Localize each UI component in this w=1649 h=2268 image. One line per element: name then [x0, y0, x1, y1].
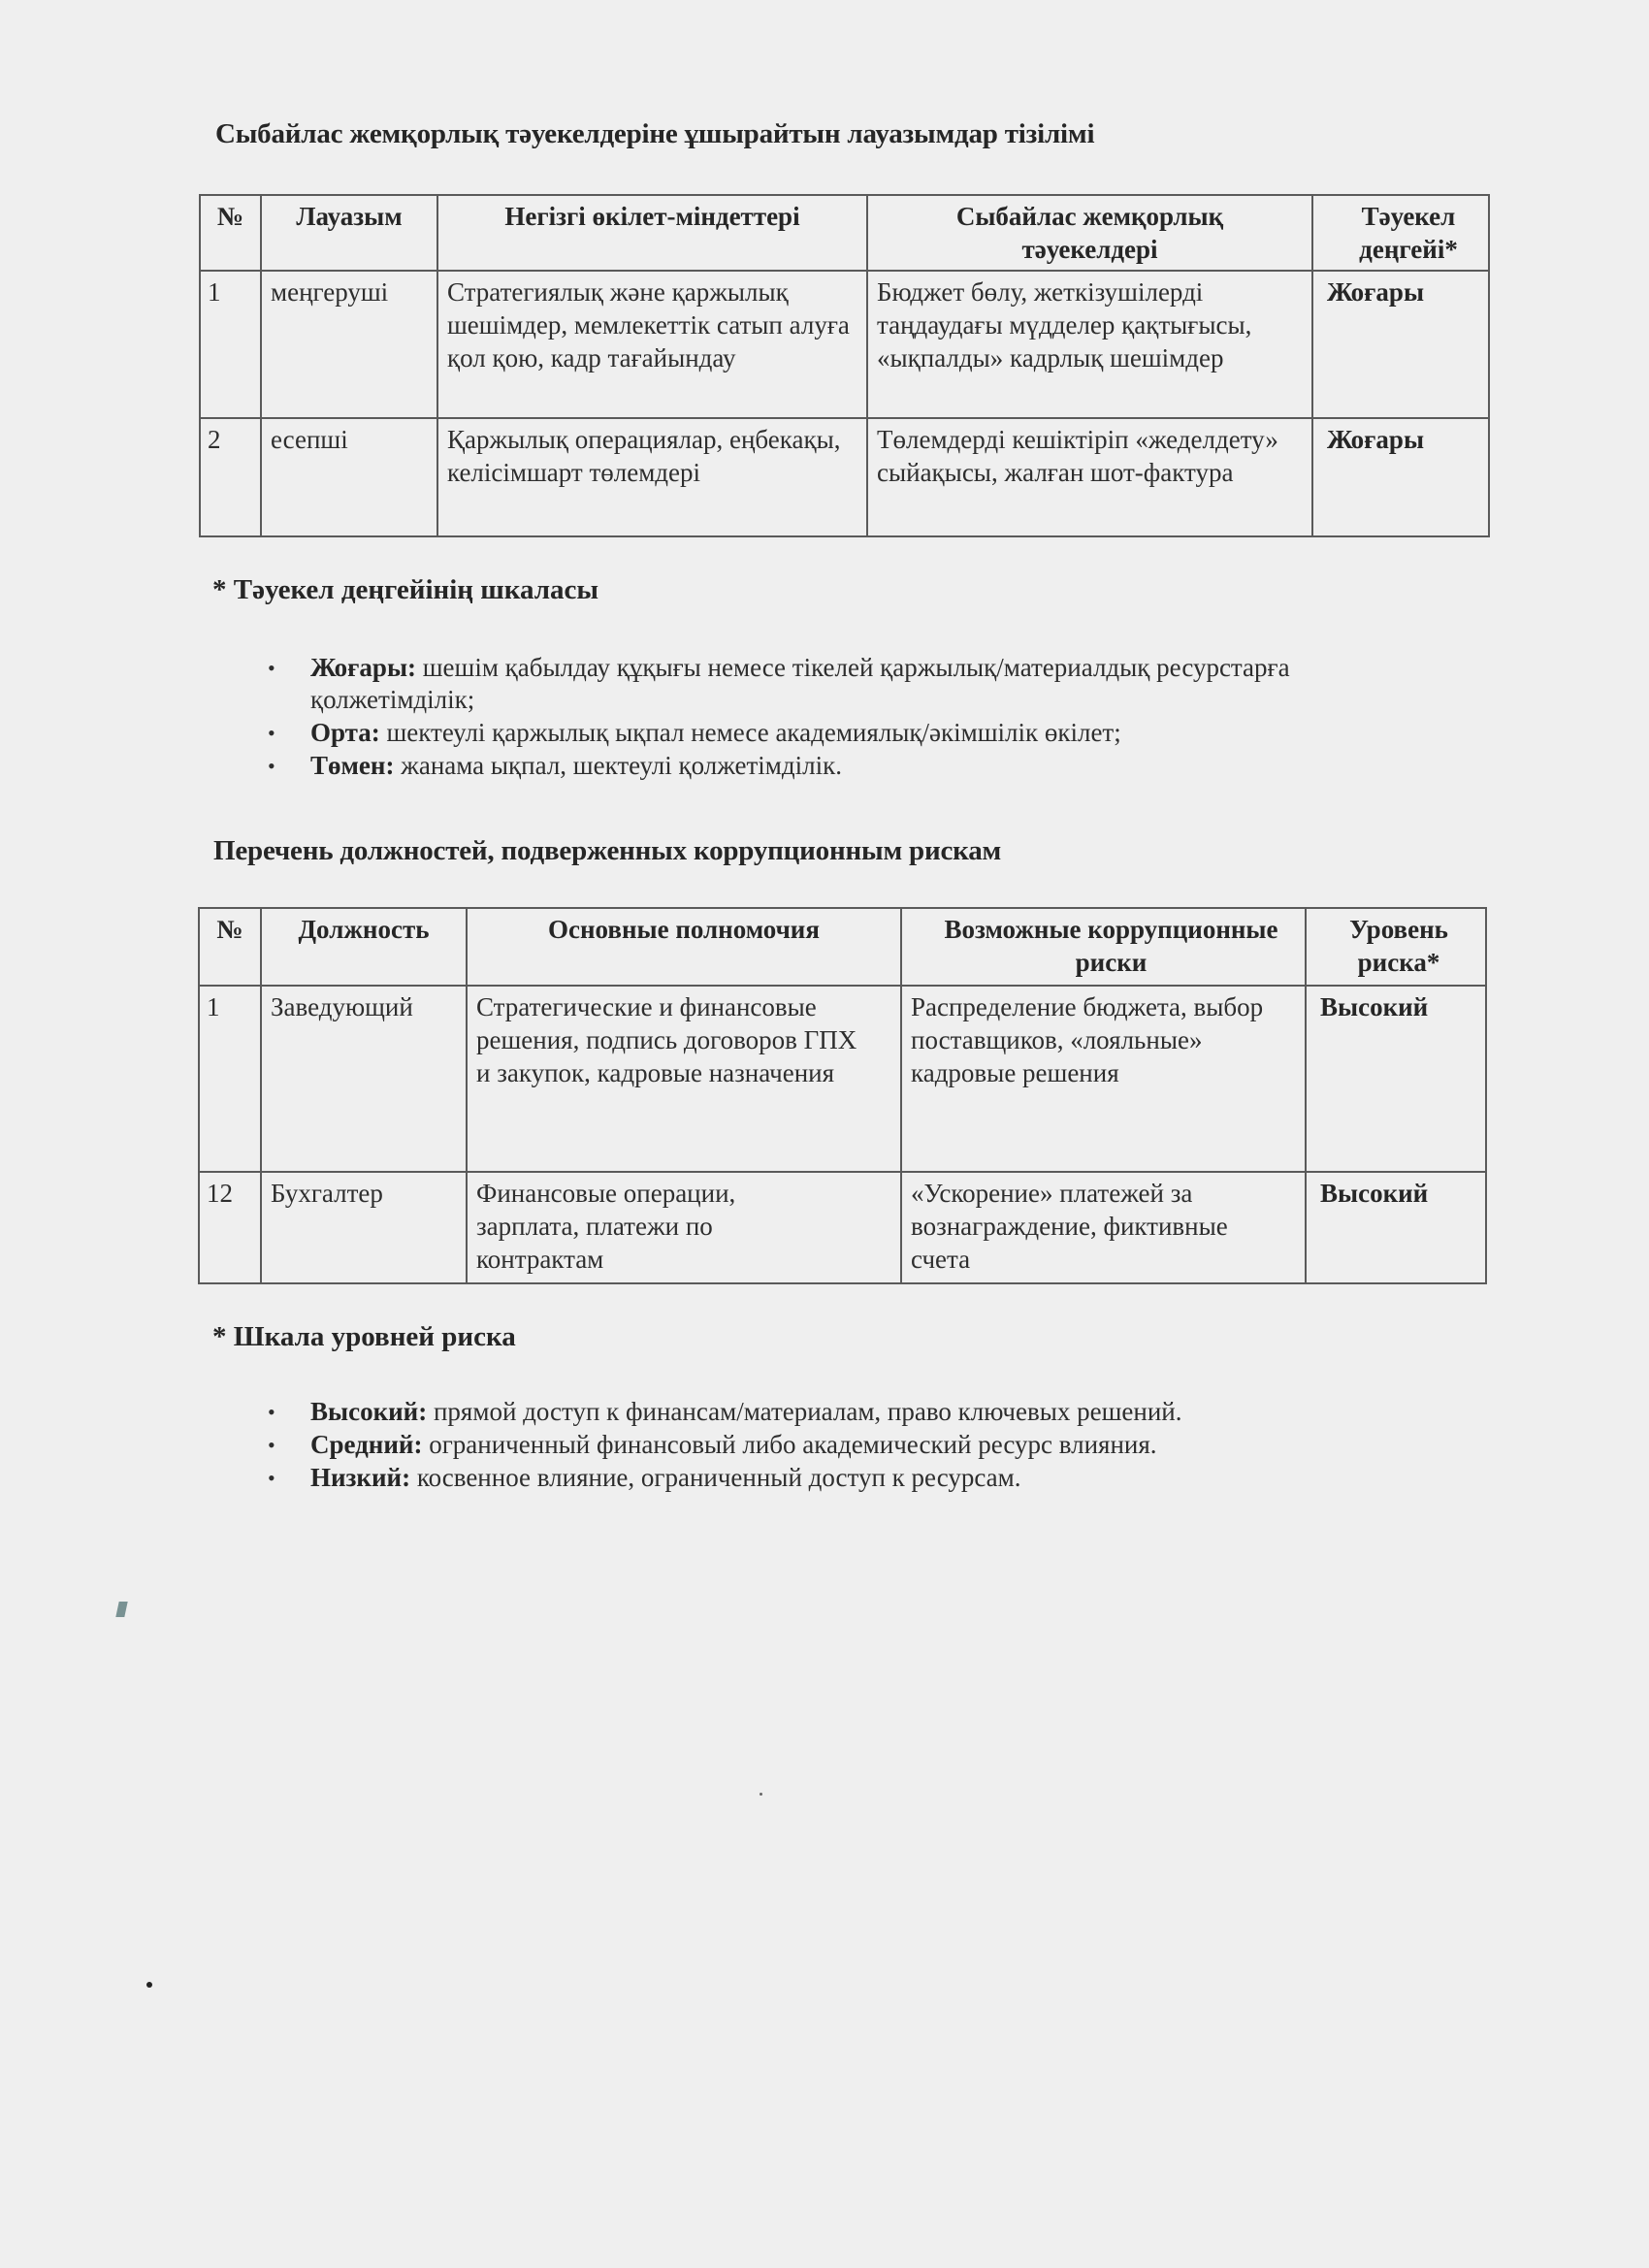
row-number: 1	[199, 986, 261, 1172]
kz-header-number: №	[200, 195, 261, 271]
row-position: Бухгалтер	[261, 1172, 467, 1283]
kz-header-powers: Негізгі өкілет-міндеттері	[437, 195, 867, 271]
list-item: • Жоғары: шешім қабылдау құқығы немесе т…	[260, 652, 1405, 716]
row-number: 12	[199, 1172, 261, 1283]
bullet-icon: •	[260, 1462, 310, 1494]
kz-risk-scale-list: • Жоғары: шешім қабылдау құқығы немесе т…	[260, 652, 1405, 783]
list-item: • Низкий: косвенное влияние, ограниченны…	[260, 1462, 1482, 1494]
kz-risk-scale-title: * Тәуекел деңгейінің шкаласы	[212, 574, 598, 606]
table-row: 1 меңгеруші Стратегиялық және қаржылық ш…	[200, 271, 1489, 418]
row-risks: Распределение бюджета, выбор поставщиков…	[901, 986, 1306, 1172]
row-risk-level: Жоғары	[1312, 271, 1489, 418]
scale-label: Жоғары:	[310, 653, 416, 682]
row-powers: Қаржылық операциялар, еңбекақы, келісімш…	[437, 418, 867, 536]
scale-description: жанама ықпал, шектеулі қолжетімділік.	[394, 751, 842, 780]
scale-description: косвенное влияние, ограниченный доступ к…	[410, 1463, 1020, 1492]
table-row: 1 Заведующий Стратегические и финансовые…	[199, 986, 1486, 1172]
row-risk-level: Жоғары	[1312, 418, 1489, 536]
ru-header-risks: Возможные коррупционные риски	[901, 908, 1306, 986]
bullet-icon: •	[260, 1396, 310, 1428]
kz-header-position: Лауазым	[261, 195, 437, 271]
bullet-icon: •	[260, 652, 310, 684]
scan-artifact-dot	[760, 1793, 762, 1796]
scale-description: прямой доступ к финансам/материалам, пра…	[427, 1397, 1181, 1426]
row-risks: «Ускорение» платежей за вознаграждение, …	[901, 1172, 1306, 1283]
kz-positions-table: № Лауазым Негізгі өкілет-міндеттері Сыба…	[199, 194, 1490, 537]
ru-header-risk-level: Уровень риска*	[1306, 908, 1486, 986]
row-number: 1	[200, 271, 261, 418]
bullet-icon: •	[260, 717, 310, 749]
scale-description: шешім қабылдау құқығы немесе тікелей қар…	[310, 653, 1290, 714]
scale-label: Высокий:	[310, 1397, 427, 1426]
list-item: • Төмен: жанама ықпал, шектеулі қолжетім…	[260, 750, 1405, 782]
ru-register-title: Перечень должностей, подверженных корруп…	[213, 835, 1001, 867]
row-powers: Стратегические и финансовые решения, под…	[467, 986, 901, 1172]
ru-header-number: №	[199, 908, 261, 986]
row-risks: Бюджет бөлу, жеткізушілерді таңдаудағы м…	[867, 271, 1312, 418]
ru-header-position: Должность	[261, 908, 467, 986]
scan-artifact-mark	[115, 1602, 127, 1617]
row-number: 2	[200, 418, 261, 536]
list-item: • Средний: ограниченный финансовый либо …	[260, 1429, 1482, 1461]
bullet-icon: •	[260, 1429, 310, 1461]
table-row: 2 есепші Қаржылық операциялар, еңбекақы,…	[200, 418, 1489, 536]
ru-risk-scale-list: • Высокий: прямой доступ к финансам/мате…	[260, 1396, 1482, 1495]
scale-label: Средний:	[310, 1430, 422, 1459]
row-risk-level: Высокий	[1306, 986, 1486, 1172]
scale-description: ограниченный финансовый либо академическ…	[422, 1430, 1156, 1459]
list-item: • Орта: шектеулі қаржылық ықпал немесе а…	[260, 717, 1405, 749]
row-powers: Стратегиялық және қаржылық шешімдер, мем…	[437, 271, 867, 418]
table-row: 12 Бухгалтер Финансовые операции, зарпла…	[199, 1172, 1486, 1283]
list-item: • Высокий: прямой доступ к финансам/мате…	[260, 1396, 1482, 1428]
scale-label: Орта:	[310, 718, 380, 747]
row-risks: Төлемдерді кешіктіріп «жеделдету» сыйақы…	[867, 418, 1312, 536]
row-position: Заведующий	[261, 986, 467, 1172]
kz-header-risks: Сыбайлас жемқорлық тәуекелдері	[867, 195, 1312, 271]
kz-table-header-row: № Лауазым Негізгі өкілет-міндеттері Сыба…	[200, 195, 1489, 271]
bullet-icon: •	[260, 750, 310, 782]
row-position: есепші	[261, 418, 437, 536]
kz-header-risk-level: Тәуекел деңгейі*	[1312, 195, 1489, 271]
scale-description: шектеулі қаржылық ықпал немесе академиял…	[380, 718, 1121, 747]
kz-register-title: Сыбайлас жемқорлық тәуекелдеріне ұшырайт…	[215, 118, 1094, 150]
scan-artifact-dot	[146, 1982, 152, 1988]
scale-label: Низкий:	[310, 1463, 410, 1492]
row-risk-level: Высокий	[1306, 1172, 1486, 1283]
row-powers: Финансовые операции, зарплата, платежи п…	[467, 1172, 901, 1283]
ru-table-header-row: № Должность Основные полномочия Возможны…	[199, 908, 1486, 986]
ru-risk-scale-title: * Шкала уровней риска	[212, 1321, 516, 1353]
scale-label: Төмен:	[310, 751, 394, 780]
ru-header-powers: Основные полномочия	[467, 908, 901, 986]
ru-positions-table: № Должность Основные полномочия Возможны…	[198, 907, 1487, 1284]
row-position: меңгеруші	[261, 271, 437, 418]
